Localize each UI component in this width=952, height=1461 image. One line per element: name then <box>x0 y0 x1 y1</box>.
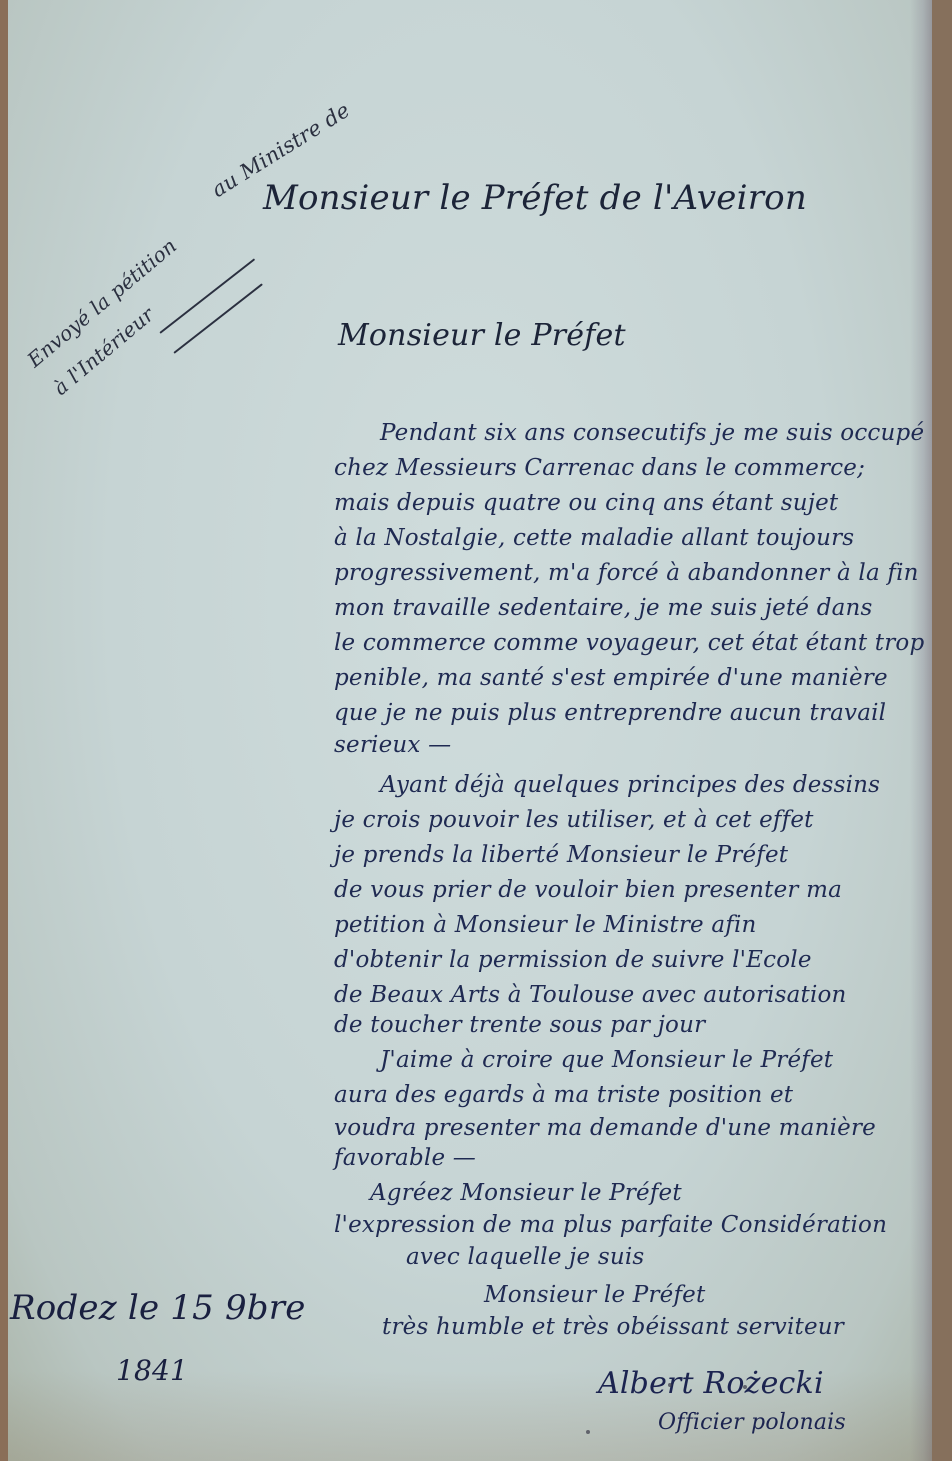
date-year: 1841 <box>116 1354 188 1387</box>
body-line: mon travaille sedentaire, je me suis jet… <box>334 595 873 621</box>
letter-paper: au Ministre de Envoyé la pétition à l'In… <box>8 0 932 1461</box>
closing-line: Monsieur le Préfet <box>484 1282 705 1308</box>
margin-flourish-1 <box>159 258 255 333</box>
salutation: Monsieur le Préfet <box>338 318 626 353</box>
body-line: mais depuis quatre ou cinq ans étant suj… <box>334 490 838 516</box>
body-line: voudra presenter ma demande d'une manièr… <box>334 1115 876 1141</box>
body-line: de vous prier de vouloir bien presenter … <box>334 877 842 903</box>
body-line: favorable — <box>334 1145 476 1171</box>
body-line: le commerce comme voyageur, cet état éta… <box>334 630 924 656</box>
ink-spot <box>743 1385 747 1389</box>
margin-flourish-2 <box>173 283 262 354</box>
body-line: de Beaux Arts à Toulouse avec autorisati… <box>334 982 847 1008</box>
body-line: je prends la liberté Monsieur le Préfet <box>334 842 788 868</box>
body-line: penible, ma santé s'est empirée d'une ma… <box>334 665 888 691</box>
body-line: que je ne puis plus entreprendre aucun t… <box>334 700 886 726</box>
ink-spot <box>586 1430 590 1434</box>
body-line: serieux — <box>334 732 451 758</box>
body-line: progressivement, m'a forcé à abandonner … <box>334 560 919 586</box>
body-line: d'obtenir la permission de suivre l'Ecol… <box>334 947 812 973</box>
body-line: je crois pouvoir les utiliser, et à cet … <box>334 807 814 833</box>
closing-line: avec laquelle je suis <box>406 1244 644 1270</box>
closing-line: Agréez Monsieur le Préfet <box>370 1180 682 1206</box>
signature-title: Officier polonais <box>658 1410 846 1435</box>
body-line: de toucher trente sous par jour <box>334 1012 705 1038</box>
signature-name: Albert Rożecki <box>598 1366 824 1401</box>
body-line: Ayant déjà quelques principes des dessin… <box>380 772 880 798</box>
body-line: chez Messieurs Carrenac dans le commerce… <box>334 455 865 481</box>
addressee-heading: Monsieur le Préfet de l'Aveiron <box>263 178 807 218</box>
ink-spot <box>668 1383 672 1387</box>
body-line: Pendant six ans consecutifs je me suis o… <box>380 420 924 446</box>
date-place-day: Rodez le 15 9bre <box>10 1288 306 1328</box>
closing-line: l'expression de ma plus parfaite Considé… <box>334 1212 887 1238</box>
body-line: J'aime à croire que Monsieur le Préfet <box>380 1047 833 1073</box>
body-line: petition à Monsieur le Ministre afin <box>334 912 757 938</box>
closing-line: très humble et très obéissant serviteur <box>382 1314 844 1340</box>
body-line: à la Nostalgie, cette maladie allant tou… <box>334 525 854 551</box>
body-line: aura des egards à ma triste position et <box>334 1082 793 1108</box>
paper-edge-shadow <box>910 0 932 1461</box>
